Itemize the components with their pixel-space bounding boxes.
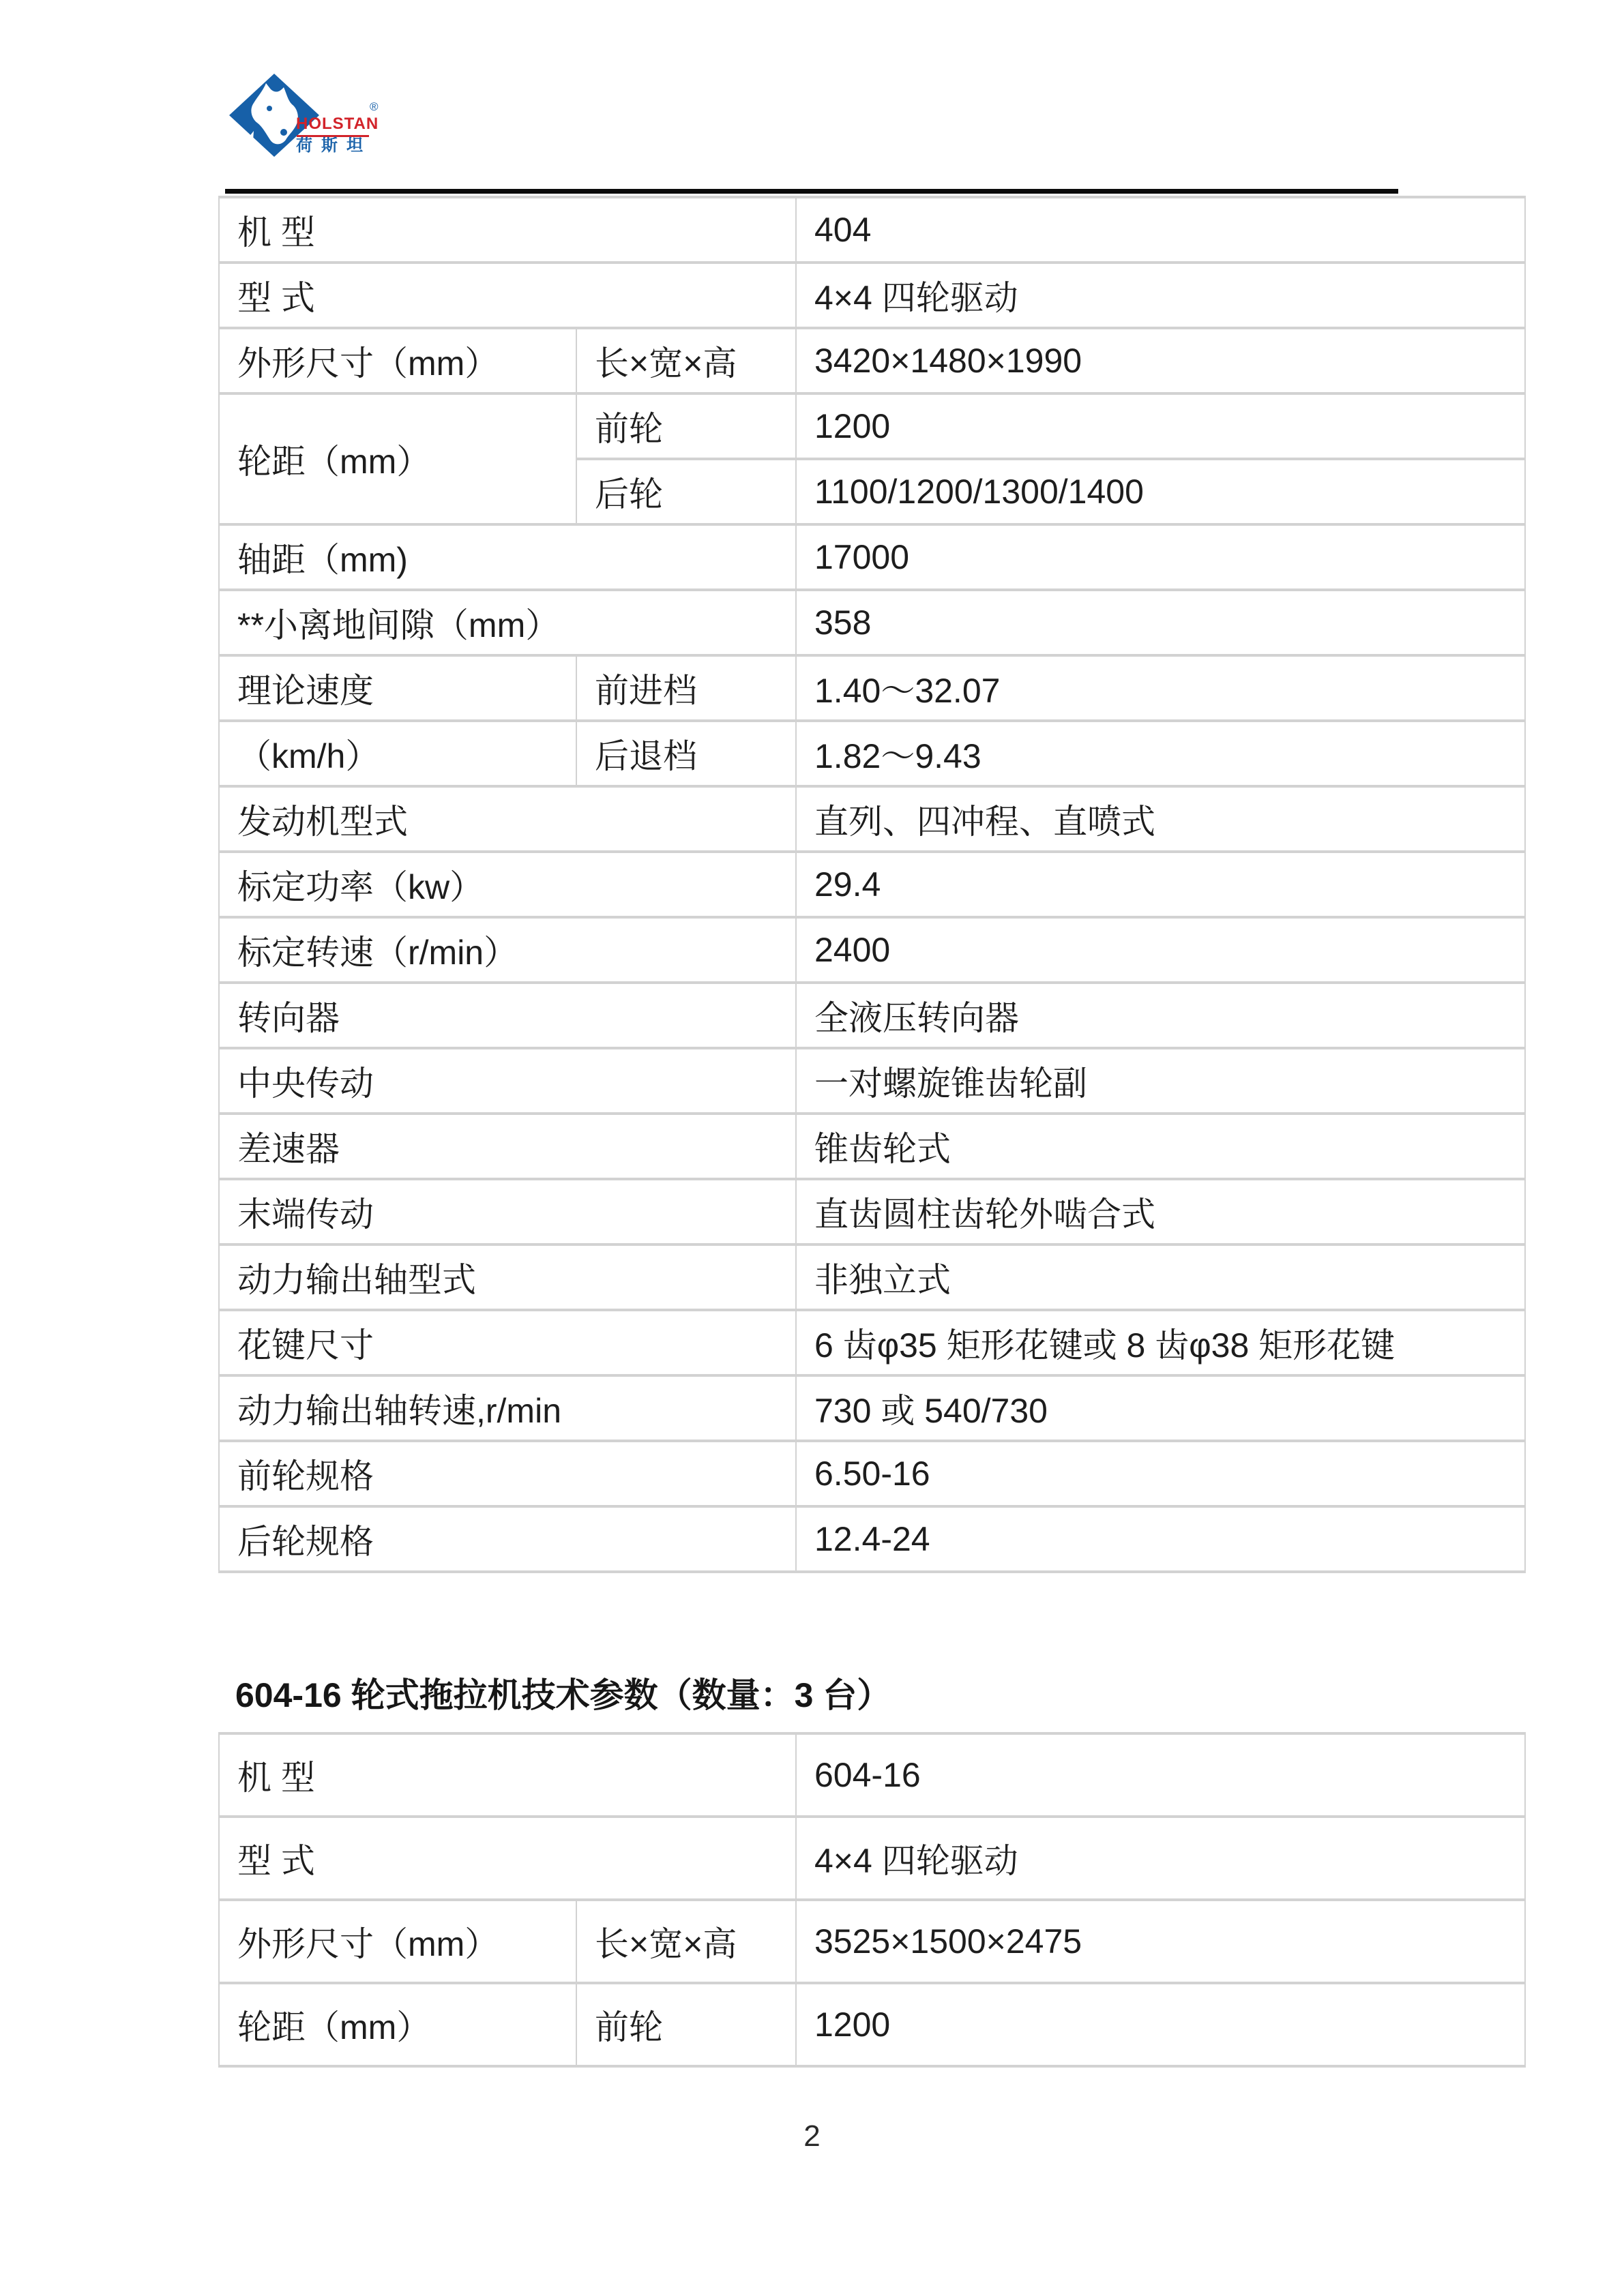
spec-value: 直列、四冲程、直喷式 (796, 786, 1525, 852)
spec-value: 非独立式 (796, 1244, 1525, 1310)
spec-value: 604-16 (796, 1733, 1525, 1817)
spec-value: 6.50-16 (796, 1441, 1525, 1506)
spec-table-604-16: 机 型 604-16 型 式 4×4 四轮驱动 外形尺寸（mm） 长×宽×高 3… (218, 1732, 1526, 2068)
page-number: 2 (0, 2119, 1624, 2153)
section-heading-604-16: 604-16 轮式拖拉机技术参数（数量：3 台） (235, 1676, 891, 1716)
spec-label: 发动机型式 (219, 786, 796, 852)
table-row: 标定功率（kw） 29.4 (219, 852, 1525, 917)
spec-sublabel: 前轮 (576, 1983, 796, 2066)
spec-value: 锥齿轮式 (796, 1114, 1525, 1179)
spec-value: 1.82～9.43 (796, 721, 1525, 786)
spec-sublabel: 前进档 (576, 655, 796, 721)
table-row: 发动机型式 直列、四冲程、直喷式 (219, 786, 1525, 852)
registered-trademark-icon: ® (370, 101, 379, 113)
spec-label: 差速器 (219, 1114, 796, 1179)
spec-value: 29.4 (796, 852, 1525, 917)
spec-sublabel: 前轮 (576, 393, 796, 459)
spec-value: 730 或 540/730 (796, 1375, 1525, 1441)
spec-sublabel: 长×宽×高 (576, 328, 796, 393)
table-row: 型 式 4×4 四轮驱动 (219, 263, 1525, 328)
spec-label: 轮距（mm） (219, 1983, 576, 2066)
spec-label: 型 式 (219, 1817, 796, 1900)
spec-sublabel: 后轮 (576, 459, 796, 524)
spec-value: 4×4 四轮驱动 (796, 263, 1525, 328)
table-row: 差速器 锥齿轮式 (219, 1114, 1525, 1179)
spec-label: 型 式 (219, 263, 796, 328)
table-row: 动力输出轴转速,r/min 730 或 540/730 (219, 1375, 1525, 1441)
table-row: 轴距（mm) 17000 (219, 524, 1525, 590)
spec-sublabel: 后退档 (576, 721, 796, 786)
spec-label: 外形尺寸（mm） (219, 1900, 576, 1983)
spec-label: 标定功率（kw） (219, 852, 796, 917)
spec-label: 机 型 (219, 197, 796, 263)
spec-value: 358 (796, 590, 1525, 655)
holstan-logo: HOLSTAN ® 荷斯坦 (220, 60, 397, 162)
spec-label: 转向器 (219, 983, 796, 1048)
spec-label: **小离地间隙（mm） (219, 590, 796, 655)
table-row: （km/h） 后退档 1.82～9.43 (219, 721, 1525, 786)
spec-label: 动力输出轴型式 (219, 1244, 796, 1310)
table-row: **小离地间隙（mm） 358 (219, 590, 1525, 655)
spec-label: 动力输出轴转速,r/min (219, 1375, 796, 1441)
spec-value: 6 齿φ35 矩形花键或 8 齿φ38 矩形花键 (796, 1310, 1525, 1375)
spec-value: 1200 (796, 393, 1525, 459)
brand-name: HOLSTAN (296, 116, 379, 132)
table-row: 外形尺寸（mm） 长×宽×高 3420×1480×1990 (219, 328, 1525, 393)
table-row: 中央传动 一对螺旋锥齿轮副 (219, 1048, 1525, 1114)
spec-value: 3420×1480×1990 (796, 328, 1525, 393)
spec-label: 理论速度 (219, 655, 576, 721)
spec-label: 中央传动 (219, 1048, 796, 1114)
table-row: 转向器 全液压转向器 (219, 983, 1525, 1048)
spec-label: 外形尺寸（mm） (219, 328, 576, 393)
spec-label: 前轮规格 (219, 1441, 796, 1506)
spec-value: 12.4-24 (796, 1506, 1525, 1572)
spec-value: 2400 (796, 917, 1525, 983)
table-row: 轮距（mm） 前轮 1200 (219, 393, 1525, 459)
table-row: 末端传动 直齿圆柱齿轮外啮合式 (219, 1179, 1525, 1244)
spec-label: 末端传动 (219, 1179, 796, 1244)
spec-table-404: 机 型 404 型 式 4×4 四轮驱动 外形尺寸（mm） 长×宽×高 3420… (218, 196, 1526, 1573)
spec-value: 全液压转向器 (796, 983, 1525, 1048)
table-row: 理论速度 前进档 1.40～32.07 (219, 655, 1525, 721)
table-row: 机 型 604-16 (219, 1733, 1525, 1817)
spec-value: 一对螺旋锥齿轮副 (796, 1048, 1525, 1114)
spec-label: 标定转速（r/min） (219, 917, 796, 983)
spec-value: 3525×1500×2475 (796, 1900, 1525, 1983)
spec-label: 轮距（mm） (219, 393, 576, 524)
spec-value: 4×4 四轮驱动 (796, 1817, 1525, 1900)
brand-name-chinese: 荷斯坦 (296, 138, 372, 154)
table-row: 前轮规格 6.50-16 (219, 1441, 1525, 1506)
spec-value: 17000 (796, 524, 1525, 590)
table-row: 花键尺寸 6 齿φ35 矩形花键或 8 齿φ38 矩形花键 (219, 1310, 1525, 1375)
table-row: 型 式 4×4 四轮驱动 (219, 1817, 1525, 1900)
spec-value: 1200 (796, 1983, 1525, 2066)
table-row: 机 型 404 (219, 197, 1525, 263)
spec-label: 机 型 (219, 1733, 796, 1817)
table-row: 标定转速（r/min） 2400 (219, 917, 1525, 983)
spec-value: 直齿圆柱齿轮外啮合式 (796, 1179, 1525, 1244)
spec-label: 花键尺寸 (219, 1310, 796, 1375)
spec-value: 1.40～32.07 (796, 655, 1525, 721)
spec-label: （km/h） (219, 721, 576, 786)
spec-value: 1100/1200/1300/1400 (796, 459, 1525, 524)
document-page: HOLSTAN ® 荷斯坦 机 型 404 型 式 4×4 四轮驱动 外形尺寸（… (0, 0, 1624, 2296)
spec-value: 404 (796, 197, 1525, 263)
table-row: 后轮规格 12.4-24 (219, 1506, 1525, 1572)
table-row: 动力输出轴型式 非独立式 (219, 1244, 1525, 1310)
header-rule (225, 189, 1398, 194)
spec-label: 轴距（mm) (219, 524, 796, 590)
spec-label: 后轮规格 (219, 1506, 796, 1572)
spec-sublabel: 长×宽×高 (576, 1900, 796, 1983)
table-row: 外形尺寸（mm） 长×宽×高 3525×1500×2475 (219, 1900, 1525, 1983)
table-row: 轮距（mm） 前轮 1200 (219, 1983, 1525, 2066)
